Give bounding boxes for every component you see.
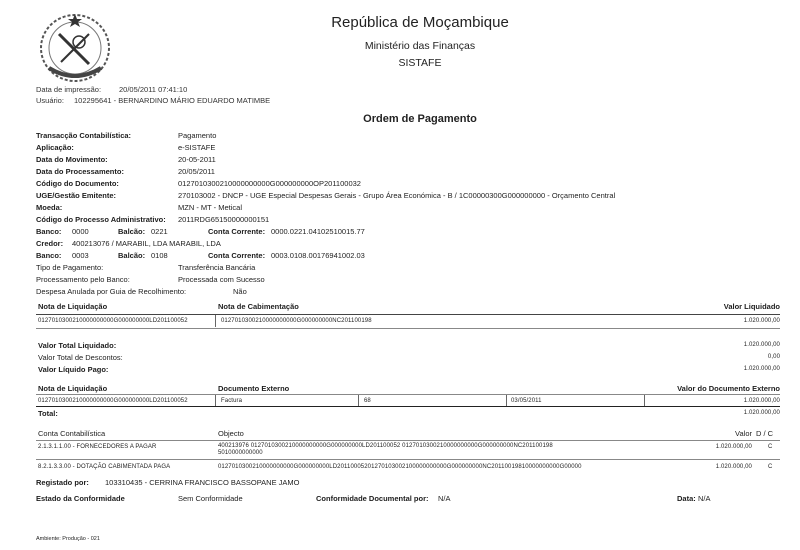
banco1-value: 0000 <box>72 227 89 236</box>
contas-row1-objecto-1: 400213976 0127010300210000000000G0000000… <box>218 443 553 449</box>
estado-conformidade-value: Sem Conformidade <box>178 494 243 503</box>
despesa-anulada-value: Não <box>233 287 247 296</box>
contas-row1-conta: 2.1.3.1.1.00 - FORNECEDORES A PAGAR <box>38 444 156 450</box>
contas-header-objecto: Objecto <box>218 429 244 438</box>
liq-header-nota-cabimentacao: Nota de Cabimentação <box>218 302 299 311</box>
liq-row-nota-liquidacao: 0127010300210000000000G000000000LD201100… <box>38 318 188 324</box>
liq-header-nota-liquidacao: Nota de Liquidação <box>38 302 107 311</box>
print-date-value: 20/05/2011 07:41:10 <box>119 85 187 94</box>
contas-row2-valor: 1.020.000,00 <box>690 464 752 470</box>
banco2-value: 0003 <box>72 251 89 260</box>
contas-row1-dc: C <box>768 444 772 450</box>
data-movimento-label: Data do Movimento: <box>36 155 108 164</box>
contas-row1-valor: 1.020.000,00 <box>690 444 752 450</box>
user-label: Usuário: <box>36 96 64 105</box>
processamento-banco-value: Processada com Sucesso <box>178 275 265 284</box>
system-title: SISTAFE <box>0 57 800 69</box>
ext-row-data: 03/05/2011 <box>511 398 542 404</box>
data-processamento-label: Data do Processamento: <box>36 167 124 176</box>
country-title: República de Moçambique <box>0 14 800 31</box>
despesa-anulada-label: Despesa Anulada por Guia de Recolhimento… <box>36 287 186 296</box>
processo-label: Código do Processo Administrativo: <box>36 215 166 224</box>
ext-header-nota-liquidacao: Nota de Liquidação <box>38 384 107 393</box>
tipo-pagamento-value: Transferência Bancária <box>178 263 255 272</box>
total-liquidado-value: 1.020.000,00 <box>744 342 780 348</box>
data-value: N/A <box>698 494 711 503</box>
contas-row2-dc: C <box>768 464 772 470</box>
user-value: 102295641 - BERNARDINO MÁRIO EDUARDO MAT… <box>74 96 270 105</box>
estado-conformidade-label: Estado da Conformidade <box>36 494 125 503</box>
balcao1-label: Balcão: <box>118 227 145 236</box>
liquido-pago-value: 1.020.000,00 <box>744 366 780 372</box>
aplicacao-label: Aplicação: <box>36 143 74 152</box>
registado-value: 103310435 - CERRINA FRANCISCO BASSOPANE … <box>105 478 300 487</box>
credor-label: Credor: <box>36 239 63 248</box>
credor-value: 400213076 / MARABIL, LDA MARABIL, LDA <box>72 239 221 248</box>
liq-row-nota-cabimentacao: 0127010300210000000000G000000000NC201100… <box>221 318 372 324</box>
ext-row-tipo: Factura <box>221 398 242 404</box>
contas-header-valor: Valor <box>700 429 752 438</box>
liquido-pago-label: Valor Líquido Pago: <box>38 365 108 374</box>
uge-value: 270103002 - DNCP - UGE Especial Despesas… <box>178 191 615 200</box>
codigo-documento-value: 0127010300210000000000G000000000OP201100… <box>178 179 361 188</box>
ext-total-value: 1.020.000,00 <box>744 410 780 416</box>
processo-value: 2011RDG65150000000151 <box>178 215 269 224</box>
ext-row-nota-liquidacao: 0127010300210000000000G000000000LD201100… <box>38 398 188 404</box>
document-title: Ordem de Pagamento <box>0 113 800 125</box>
moeda-label: Moeda: <box>36 203 62 212</box>
data-processamento-value: 20/05/2011 <box>178 167 215 176</box>
ministry-title: Ministério das Finanças <box>0 40 800 52</box>
contas-header-dc: D / C <box>756 429 773 438</box>
liq-header-valor-liquidado: Valor Liquidado <box>724 302 780 311</box>
total-descontos-label: Valor Total de Descontos: <box>38 353 123 362</box>
ext-total-label: Total: <box>38 409 58 418</box>
print-date-label: Data de impressão: <box>36 85 101 94</box>
registado-label: Registado por: <box>36 478 89 487</box>
balcao2-label: Balcão: <box>118 251 145 260</box>
transacao-label: Transacção Contabilística: <box>36 131 131 140</box>
tipo-pagamento-label: Tipo de Pagamento: <box>36 263 103 272</box>
conta2-label: Conta Corrente: <box>208 251 265 260</box>
total-descontos-value: 0,00 <box>768 354 780 360</box>
balcao2-value: 0108 <box>151 251 168 260</box>
contas-header-conta: Conta Contabilística <box>38 429 105 438</box>
codigo-documento-label: Código do Documento: <box>36 179 119 188</box>
moeda-value: MZN - MT - Metical <box>178 203 242 212</box>
ext-header-valor-doc-externo: Valor do Documento Externo <box>677 384 780 393</box>
ext-row-numero: 68 <box>364 398 371 404</box>
conta2-value: 0003.0108.00176941002.03 <box>271 251 365 260</box>
processamento-banco-label: Processamento pelo Banco: <box>36 275 130 284</box>
banco1-label: Banco: <box>36 227 61 236</box>
transacao-value: Pagamento <box>178 131 216 140</box>
balcao1-value: 0221 <box>151 227 168 236</box>
data-movimento-value: 20-05-2011 <box>178 155 216 164</box>
liq-row-valor: 1.020.000,00 <box>744 318 780 324</box>
conformidade-documental-label: Conformidade Documental por: <box>316 494 429 503</box>
conta1-value: 0000.0221.04102510015.77 <box>271 227 365 236</box>
data-label: Data: <box>677 494 696 503</box>
total-liquidado-label: Valor Total Liquidado: <box>38 341 116 350</box>
contas-row2-conta: 8.2.1.3.3.00 - DOTAÇÃO CABIMENTADA PAGA <box>38 464 170 470</box>
contas-row2-objecto-1: 0127010300210000000000G000000000LD201100… <box>218 464 582 470</box>
contas-row1-objecto-2: 5010000000000 <box>218 450 263 456</box>
ext-row-valor: 1.020.000,00 <box>744 398 780 404</box>
ext-header-documento-externo: Documento Externo <box>218 384 289 393</box>
conformidade-documental-value: N/A <box>438 494 451 503</box>
uge-label: UGE/Gestão Emitente: <box>36 191 116 200</box>
aplicacao-value: e-SISTAFE <box>178 143 215 152</box>
ambiente-label: Ambiente: Produção - 021 <box>36 536 100 542</box>
banco2-label: Banco: <box>36 251 61 260</box>
conta1-label: Conta Corrente: <box>208 227 265 236</box>
